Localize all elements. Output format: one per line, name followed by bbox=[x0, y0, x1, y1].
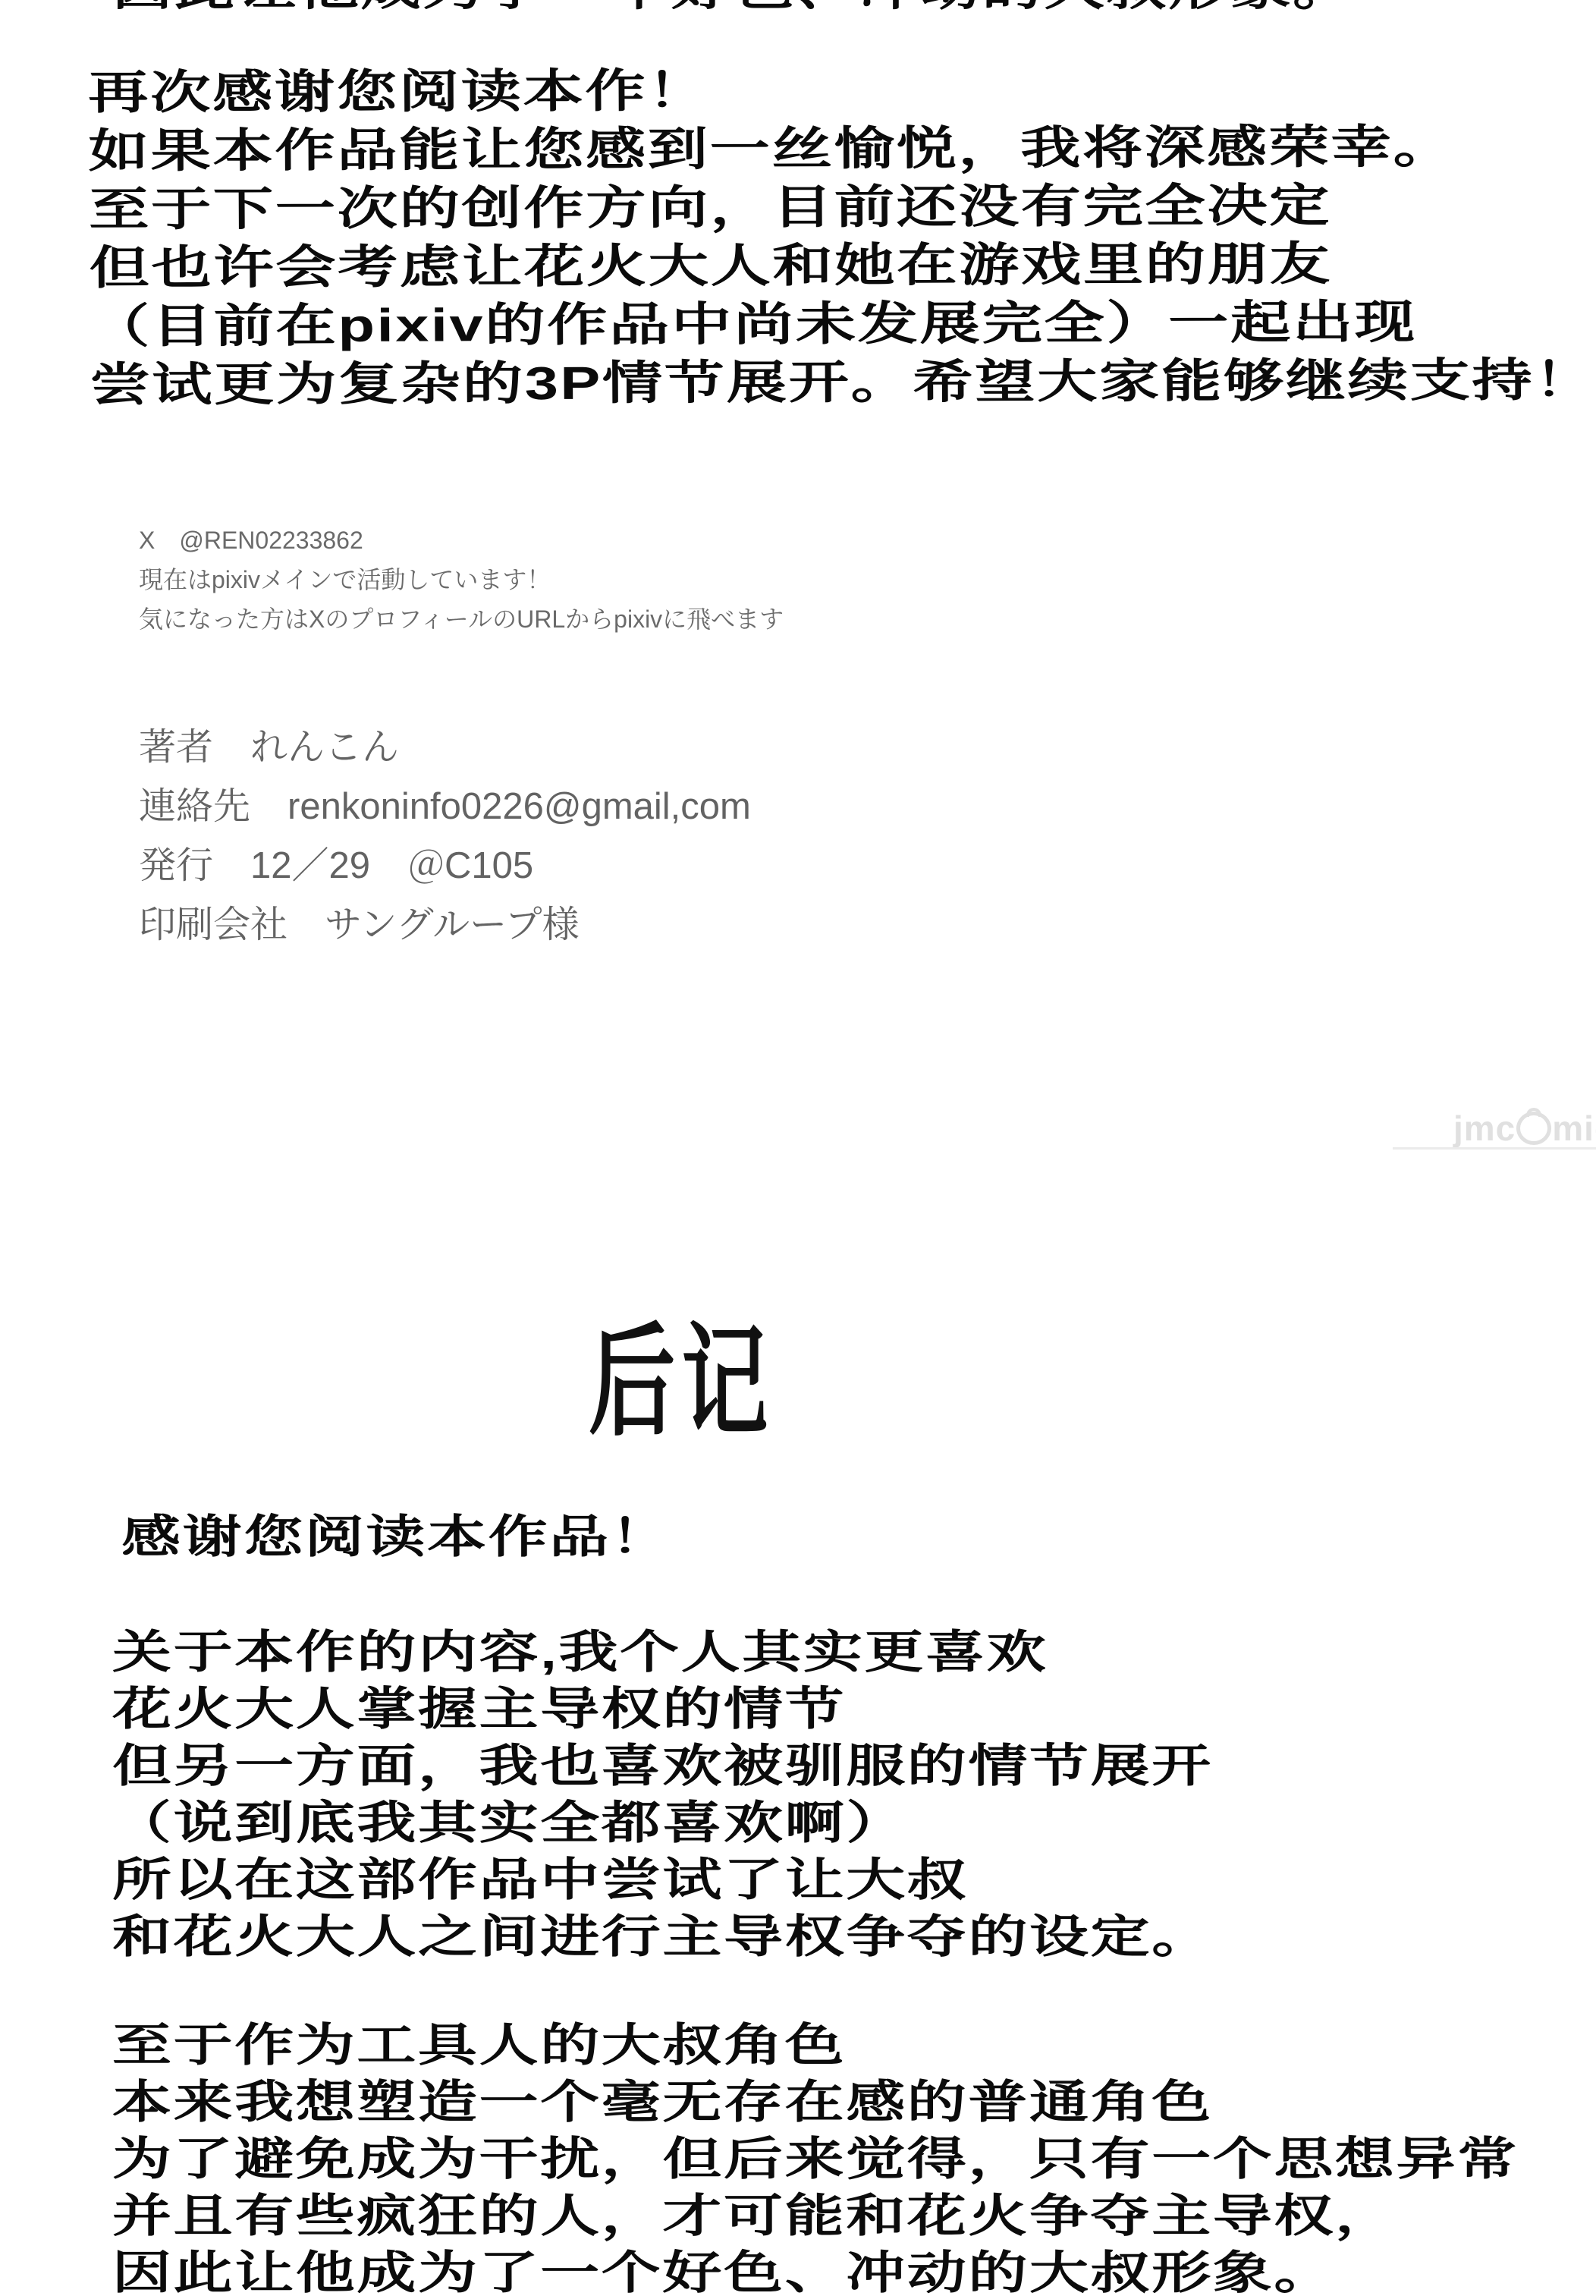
thanks-line: 如果本作品能让您感到一丝愉悦，我将深感荣幸。 bbox=[88, 117, 1594, 181]
afterword-line: 关于本作的内容,我个人其实更喜欢 bbox=[112, 1624, 1213, 1681]
sns-contact-note: X @REN02233862 現在はpixivメインで活動しています！ 気になっ… bbox=[139, 521, 784, 639]
thanks-line: 但也许会考虑让花火大人和她在游戏里的朋友 bbox=[89, 234, 1595, 297]
afterword-line: 至于作为工具人的大叔角色 bbox=[112, 2017, 1519, 2074]
sns-note-line: 現在はpixivメインで活動しています！ bbox=[139, 560, 784, 599]
thanks-line: 再次感谢您阅读本作！ bbox=[88, 58, 1594, 122]
credit-publish-date: 発行 12／29 ＠C105 bbox=[139, 836, 751, 895]
thanks-paragraph: 再次感谢您阅读本作！ 如果本作品能让您感到一丝愉悦，我将深感荣幸。 至于下一次的… bbox=[88, 58, 1596, 414]
thanks-line: （目前在pixiv的作品中尚未发展完全）一起出现 bbox=[90, 292, 1596, 356]
afterword-line: 为了避免成为干扰，但后来觉得，只有一个思想异常 bbox=[112, 2131, 1519, 2187]
jmcomic-bird-icon bbox=[1516, 1112, 1551, 1145]
watermark-text-right: mic bbox=[1552, 1108, 1596, 1149]
afterword-line: 并且有些疯狂的人，才可能和花火争夺主导权， bbox=[112, 2187, 1519, 2244]
afterword-line: （说到底我其实全都喜欢啊） bbox=[112, 1794, 1213, 1851]
afterword-title: 后记 bbox=[589, 1322, 774, 1443]
credit-contact-email: 連絡先 renkoninfo0226@gmail,com bbox=[139, 777, 751, 836]
thanks-line: 尝试更为复杂的3P情节展开。希望大家能够继续支持！ bbox=[90, 351, 1596, 414]
thanks-line: 至于下一次的创作方向，目前还没有完全决定 bbox=[89, 175, 1595, 239]
afterword-line: 但另一方面，我也喜欢被驯服的情节展开 bbox=[112, 1738, 1213, 1794]
top-cutoff-line: 因此让他成为了一个好色、冲动的大叔形象。 bbox=[112, 0, 1355, 18]
credit-author: 著者 れんこん bbox=[139, 718, 751, 777]
afterword-line: 花火大人掌握主导权的情节 bbox=[112, 1681, 1213, 1738]
watermark-underline bbox=[1393, 1147, 1596, 1150]
credits-block: 著者 れんこん 連絡先 renkoninfo0226@gmail,com 発行 … bbox=[139, 718, 751, 955]
afterword-bottom-cutoff-line: 因此让他成为了一个好色、冲动的大叔形象。 bbox=[112, 2244, 1519, 2296]
afterword-line: 所以在这部作品中尝试了让大叔 bbox=[112, 1851, 1213, 1908]
afterword-line: 和花火大人之间进行主导权争夺的设定。 bbox=[112, 1908, 1213, 1965]
sns-note-line: 気になった方はXのプロフィールのURLからpixivに飛べます bbox=[139, 599, 784, 639]
credit-printing-company: 印刷会社 サングループ様 bbox=[139, 895, 751, 955]
watermark-text-left: jmc bbox=[1453, 1108, 1516, 1149]
afterword-line: 本来我想塑造一个毫无存在感的普通角色 bbox=[112, 2074, 1519, 2131]
afterword-paragraph-2: 至于作为工具人的大叔角色 本来我想塑造一个毫无存在感的普通角色 为了避免成为干扰… bbox=[112, 2017, 1519, 2296]
afterword-greeting: 感谢您阅读本作品！ bbox=[121, 1508, 671, 1565]
afterword-paragraph-1: 关于本作的内容,我个人其实更喜欢 花火大人掌握主导权的情节 但另一方面，我也喜欢… bbox=[112, 1624, 1213, 1965]
jmcomic-watermark: jmc mic bbox=[1453, 1108, 1596, 1149]
x-handle: X @REN02233862 bbox=[139, 521, 784, 560]
